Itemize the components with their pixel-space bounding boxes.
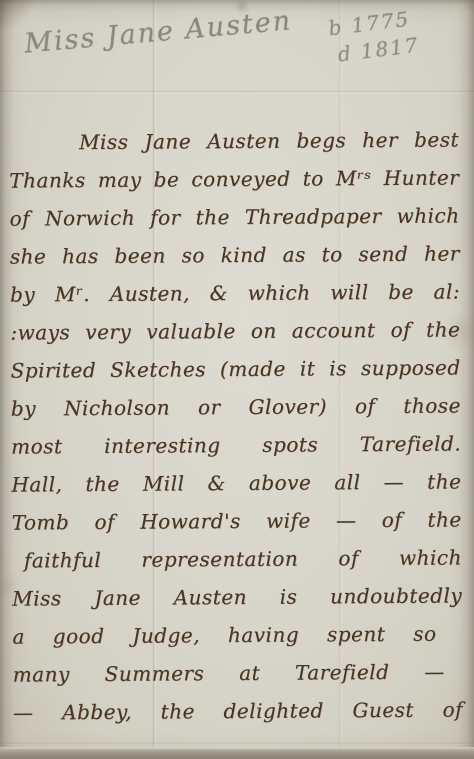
letter-line: most interesting spots Tarefield. bbox=[11, 424, 461, 465]
letter-line: Miss Jane Austen begs her best bbox=[9, 120, 459, 161]
letter-line: Spirited Sketches (made it is supposed bbox=[10, 348, 460, 389]
letter-line: faithful representation of which bbox=[12, 538, 462, 579]
letter-line: a good Judge, having spent so bbox=[12, 614, 462, 655]
pencil-life-dates: b 1775 d 1817 bbox=[327, 5, 421, 69]
letter-line: by Nicholson or Glover) of those bbox=[11, 386, 461, 427]
letter-page: Miss Jane Austen b 1775 d 1817 Miss Jane… bbox=[0, 0, 474, 759]
letter-line: she has been so kind as to send her bbox=[10, 234, 460, 275]
horizontal-fold-crease bbox=[0, 742, 474, 746]
letter-line: Miss Jane Austen is undoubtedly bbox=[12, 576, 462, 617]
paper-bottom-edge bbox=[0, 747, 474, 759]
letter-line: many Summers at Tarefield — bbox=[13, 652, 463, 693]
letter-line: Hall, the Mill & above all — the bbox=[11, 462, 461, 503]
letter-line: — Abbey, the delighted Guest of bbox=[13, 690, 463, 731]
letter-line: of Norwich for the Threadpaper which bbox=[9, 196, 459, 237]
letter-line: :ways very valuable on account of the bbox=[10, 310, 460, 351]
letter-line: Thanks may be conveyed to Mʳˢ Hunter bbox=[9, 158, 459, 199]
letter-line: Tomb of Howard's wife — of the bbox=[12, 500, 462, 541]
horizontal-fold-crease bbox=[0, 90, 474, 94]
letter-body: Miss Jane Austen begs her best Thanks ma… bbox=[9, 120, 463, 731]
pencil-owner-annotation: Miss Jane Austen bbox=[23, 3, 315, 59]
letter-line: by Mʳ. Austen, & which will be al: bbox=[10, 272, 460, 313]
